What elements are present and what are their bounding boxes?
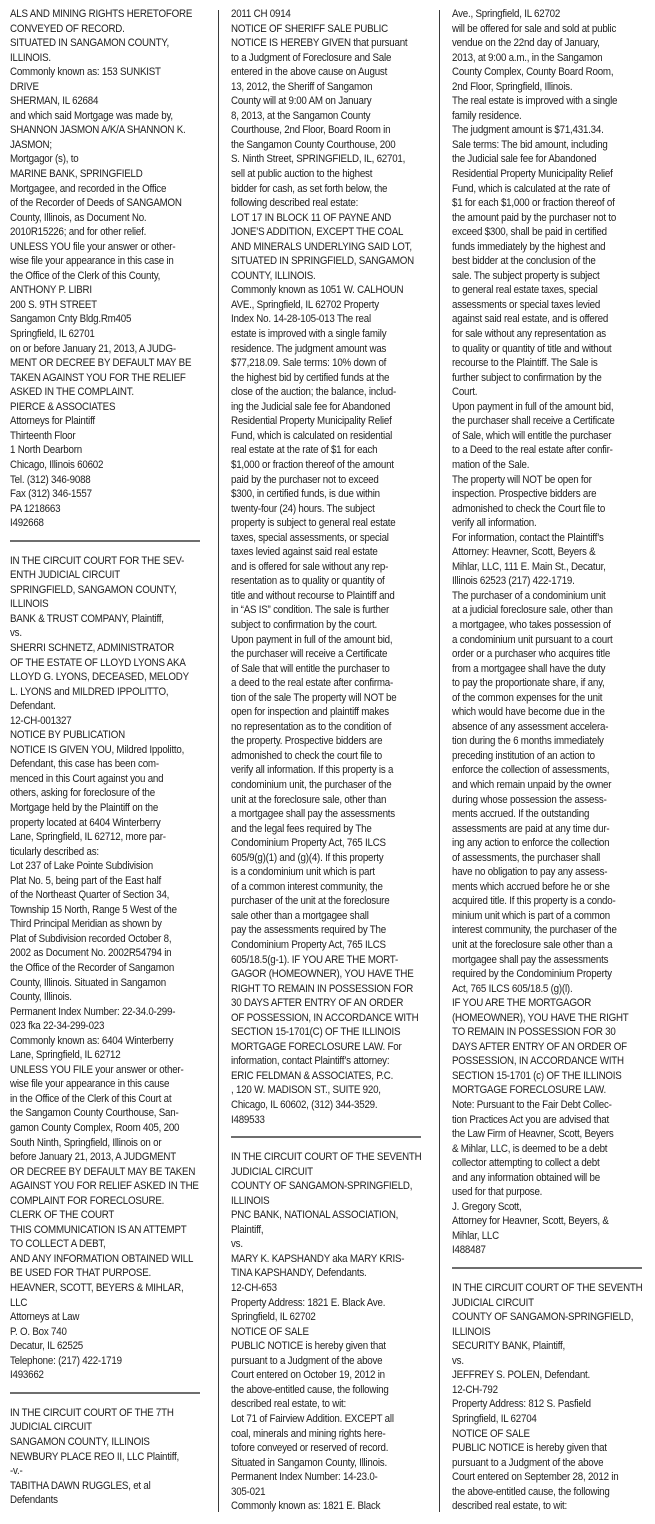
notice-line: 2013, at 9:00 a.m., in the Sangamon — [452, 51, 628, 66]
notice-line: COUNTY OF SANGAMON-SPRINGFIELD, — [231, 1179, 407, 1194]
notice-line: County Complex, County Board Room, — [452, 65, 628, 80]
notice-line: Mihlar, LLC, 111 E. Main St., Decatur, — [452, 560, 628, 575]
notice-line: 12-CH-653 — [231, 1281, 407, 1296]
notice-line: estate is improved with a single family — [231, 327, 407, 342]
notice-line: & Mihlar, LLC, is deemed to be a debt — [452, 1142, 628, 1157]
notice-line: , 120 W. MADISON ST., SUITE 920, — [231, 1083, 407, 1098]
legal-notice: IN THE CIRCUIT COURT OF THE SEVENTHJUDIC… — [231, 1150, 436, 1514]
notice-line: Attorneys for Plaintiff — [10, 414, 186, 429]
notice-line: ANTHONY P. LIBRI — [10, 283, 186, 298]
notice-line: DRIVE — [10, 80, 186, 95]
legal-notice: IN THE CIRCUIT COURT FOR THE SEV-ENTH JU… — [10, 554, 215, 1383]
notice-line: UNLESS YOU file your answer or other- — [10, 240, 186, 255]
notice-line: SHERRI SCHNETZ, ADMINISTRATOR — [10, 641, 186, 656]
notice-line: OR DECREE BY DEFAULT MAY BE TAKEN — [10, 1165, 186, 1180]
notice-line: is a condominium unit which is part — [231, 865, 407, 880]
notice-line: Ave., Springfield, IL 62702 — [452, 7, 628, 22]
notice-line: sale. The subject property is subject — [452, 269, 628, 284]
notice-line: LOT 17 IN BLOCK 11 OF PAYNE AND — [231, 211, 407, 226]
column-rule — [218, 10, 219, 1512]
notice-line: vs. — [231, 1237, 407, 1252]
notice-line: collector attempting to collect a debt — [452, 1156, 628, 1171]
notice-line: For information, contact the Plaintiff’s — [452, 531, 628, 546]
notice-line: COUNTY OF SANGAMON-SPRINGFIELD, — [452, 1310, 628, 1325]
notice-line: to general real estate taxes, special — [452, 283, 628, 298]
notice-line: South Ninth, Springfield, Illinois on or — [10, 1136, 186, 1151]
notice-line: TO COLLECT A DEBT, — [10, 1237, 186, 1252]
notice-line: the highest bid by certified funds at th… — [231, 371, 407, 386]
notice-line: ments accrued. If the outstanding — [452, 807, 628, 822]
notice-line: MARY K. KAPSHANDY aka MARY KRIS- — [231, 1252, 407, 1267]
notice-line: Condominium Property Act, 765 ILCS — [231, 836, 407, 851]
notice-line: to pay the proportionate share, if any, — [452, 676, 628, 691]
notice-line: CONVEYED OF RECORD. — [10, 22, 186, 37]
notice-line: of the Recorder of Deeds of SANGAMON — [10, 196, 186, 211]
notice-line: minium unit which is part of a common — [452, 909, 628, 924]
notice-line: Condominium Property Act, 765 ILCS — [231, 938, 407, 953]
notice-line: Index No. 14-28-105-013 The real — [231, 312, 407, 327]
notice-line: County, Illinois. — [10, 990, 186, 1005]
notice-line: resentation as to quality or quantity of — [231, 574, 407, 589]
notice-line: Court. — [452, 385, 628, 400]
notice-line: J. Gregory Scott, — [452, 1200, 628, 1215]
column-3: Ave., Springfield, IL 62702will be offer… — [452, 7, 655, 1514]
notice-line: the property. Prospective bidders are — [231, 734, 407, 749]
notice-line: Chicago, Illinois 60602 — [10, 458, 186, 473]
notice-line: which would have become due in the — [452, 705, 628, 720]
notice-line: Court entered on September 28, 2012 in — [452, 1470, 628, 1485]
notice-line: on or before January 21, 2013, A JUDG- — [10, 342, 186, 357]
notice-line: JONE’S ADDITION, EXCEPT THE COAL — [231, 225, 407, 240]
notice-line: Springfield, IL 62704 — [452, 1412, 628, 1427]
notice-line: Sangamon Cnty Bldg.Rm405 — [10, 312, 186, 327]
notice-line: wise file your appearance in this case i… — [10, 254, 186, 269]
notice-line: SANGAMON COUNTY, ILLINOIS — [10, 1435, 186, 1450]
notice-line: COMPLAINT FOR FORECLOSURE. — [10, 1194, 186, 1209]
notice-line: County will at 9:00 AM on January — [231, 94, 407, 109]
notice-line: information, contact Plaintiff’s attorne… — [231, 1054, 407, 1069]
notice-line: tion of the sale The property will NOT b… — [231, 691, 407, 706]
notice-line: funds immediately by the highest and — [452, 240, 628, 255]
notice-line: residence. The judgment amount was — [231, 342, 407, 357]
notice-line: paid by the purchaser not to exceed — [231, 473, 407, 488]
notice-line: interest community, the purchaser of the — [452, 923, 628, 938]
notice-line: Attorney: Heavner, Scott, Beyers & — [452, 545, 628, 560]
legal-notice: IN THE CIRCUIT COURT OF THE 7THJUDICIAL … — [10, 1406, 215, 1508]
notice-line: 605/9(g)(1) and (g)(4). If this property — [231, 851, 407, 866]
notice-line: unit at the foreclosure sale, other than — [231, 793, 407, 808]
notice-line: assessments or special taxes levied — [452, 298, 628, 313]
notice-line: vs. — [10, 626, 186, 641]
notice-line: in the Office of the Clerk of this Court… — [10, 1092, 186, 1107]
notice-divider — [10, 1392, 200, 1394]
notice-line: 2011 CH 0914 — [231, 7, 407, 22]
notice-line: pursuant to a Judgment of the above — [452, 1456, 628, 1471]
notice-line: I488487 — [452, 1243, 628, 1258]
notice-line: Situated in Sangamon County, Illinois. — [231, 1456, 407, 1471]
notice-line: NOTICE OF SALE — [231, 1325, 407, 1340]
notice-line: in “AS IS” condition. The sale is furthe… — [231, 603, 407, 618]
notice-line: 1 North Dearborn — [10, 443, 186, 458]
notice-line: to quality or quantity of title and with… — [452, 342, 628, 357]
notice-line: Commonly known as: 153 SUNKIST — [10, 65, 186, 80]
notice-line: of the common expenses for the unit — [452, 691, 628, 706]
notice-divider — [452, 1267, 642, 1269]
notice-line: AND MINERALS UNDERLYING SAID LOT, — [231, 240, 407, 255]
notice-line: admonished to check the Court file to — [452, 502, 628, 517]
notice-line: sale other than a mortgagee shall — [231, 909, 407, 924]
notice-line: Lane, Springfield, IL 62712, more par- — [10, 830, 186, 845]
notice-line: Commonly known as: 1821 E. Black — [231, 1499, 407, 1514]
notice-line: ENTH JUDICIAL CIRCUIT — [10, 568, 186, 583]
notice-line: will be offered for sale and sold at pub… — [452, 22, 628, 37]
notice-line: ALS AND MINING RIGHTS HERETOFORE — [10, 7, 186, 22]
notice-line: ing any action to enforce the collection — [452, 836, 628, 851]
notice-line: the purchaser will receive a Certificate — [231, 647, 407, 662]
notice-line: a condominium unit pursuant to a court — [452, 633, 628, 648]
notice-line: unit at the foreclosure sale other than … — [452, 938, 628, 953]
notice-line: LLOYD G. LYONS, DECEASED, MELODY — [10, 670, 186, 685]
notice-line: against said real estate, and is offered — [452, 312, 628, 327]
notice-line: OF THE ESTATE OF LLOYD LYONS AKA — [10, 656, 186, 671]
legal-notices-page: ALS AND MINING RIGHTS HERETOFORECONVEYED… — [0, 0, 655, 1524]
notice-line: gamon County Complex, Room 405, 200 — [10, 1121, 186, 1136]
notice-line: NOTICE OF SALE — [452, 1427, 628, 1442]
notice-line: open for inspection and plaintiff makes — [231, 705, 407, 720]
notice-line: $1 for each $1,000 or fraction thereof o… — [452, 196, 628, 211]
notice-line: SHANNON JASMON A/K/A SHANNON K. — [10, 123, 186, 138]
notice-line: L. LYONS and MILDRED IPPOLITTO, — [10, 685, 186, 700]
notice-line: The real estate is improved with a singl… — [452, 94, 628, 109]
notice-line: of a common interest community, the — [231, 880, 407, 895]
notice-line: I493662 — [10, 1368, 186, 1383]
notice-line: PIERCE & ASSOCIATES — [10, 400, 186, 415]
notice-line: Court entered on October 19, 2012 in — [231, 1368, 407, 1383]
notice-line: verify all information. — [452, 516, 628, 531]
notice-line: others, asking for foreclosure of the — [10, 786, 186, 801]
notice-line: before January 21, 2013, A JUDGMENT — [10, 1150, 186, 1165]
notice-line: for sale without any representation as — [452, 327, 628, 342]
notice-line: sell at public auction to the highest — [231, 167, 407, 182]
notice-line: NOTICE BY PUBLICATION — [10, 728, 186, 743]
notice-line: 305-021 — [231, 1485, 407, 1500]
notice-line: Commonly known as 1051 W. CALHOUN — [231, 283, 407, 298]
notice-line: 8, 2013, at the Sangamon County — [231, 109, 407, 124]
notice-line: from a mortgagee shall have the duty — [452, 662, 628, 677]
notice-line: property is subject to general real esta… — [231, 516, 407, 531]
notice-line: Mortgagee, and recorded in the Office — [10, 182, 186, 197]
notice-line: of Sale that will entitle the purchaser … — [231, 662, 407, 677]
notice-line: Upon payment in full of the amount bid, — [452, 400, 628, 415]
notice-line: Plat No. 5, being part of the East half — [10, 874, 186, 889]
notice-line: Springfield, IL 62702 — [231, 1310, 407, 1325]
notice-line: tion during the 6 months immediately — [452, 734, 628, 749]
notice-line: ILLINOIS — [452, 1325, 628, 1340]
notice-line: COUNTY, ILLINOIS. — [231, 269, 407, 284]
notice-line: vs. — [452, 1354, 628, 1369]
notice-divider — [10, 540, 200, 542]
notice-line: tion Practices Act you are advised that — [452, 1113, 628, 1128]
notice-line: a mortgagee, who takes possession of — [452, 618, 628, 633]
notice-line: AGAINST YOU FOR RELIEF ASKED IN THE — [10, 1179, 186, 1194]
notice-line: NOTICE IS HEREBY GIVEN that pursuant — [231, 36, 407, 51]
notice-line: at a judicial foreclosure sale, other th… — [452, 603, 628, 618]
notice-line: BANK & TRUST COMPANY, Plaintiff, — [10, 612, 186, 627]
notice-line: Mihlar, LLC — [452, 1229, 628, 1244]
notice-line: of the Northeast Quarter of Section 34, — [10, 888, 186, 903]
notice-line: wise file your appearance in this cause — [10, 1077, 186, 1092]
notice-line: coal, minerals and mining rights here- — [231, 1427, 407, 1442]
notice-line: The judgment amount is $71,431.34. — [452, 123, 628, 138]
notice-line: order or a purchaser who acquires title — [452, 647, 628, 662]
notice-line: the above-entitled cause, the following — [452, 1485, 628, 1500]
notice-line: Plaintiff, — [231, 1223, 407, 1238]
notice-line: I489533 — [231, 1113, 407, 1128]
notice-line: JUDICIAL CIRCUIT — [452, 1296, 628, 1311]
notice-line: a deed to the real estate after confirma… — [231, 676, 407, 691]
notice-line: HEAVNER, SCOTT, BEYERS & MIHLAR, — [10, 1281, 186, 1296]
notice-line: JUDICIAL CIRCUIT — [10, 1420, 186, 1435]
notice-line: PA 1218663 — [10, 502, 186, 517]
notice-line: inspection. Prospective bidders are — [452, 487, 628, 502]
notice-line: POSSESSION, IN ACCORDANCE WITH — [452, 1054, 628, 1069]
notice-line: UNLESS YOU FILE your answer or other- — [10, 1063, 186, 1078]
notice-line: IF YOU ARE THE MORTGAGOR — [452, 996, 628, 1011]
notice-line: I492668 — [10, 516, 186, 531]
notice-line: Note: Pursuant to the Fair Debt Collec- — [452, 1098, 628, 1113]
notice-line: IN THE CIRCUIT COURT OF THE 7TH — [10, 1406, 186, 1421]
notice-line: mation of the Sale. — [452, 458, 628, 473]
notice-line: 2010R15226; and for other relief. — [10, 225, 186, 240]
notice-line: used for that purpose. — [452, 1185, 628, 1200]
notice-line: 2nd Floor, Springfield, Illinois. — [452, 80, 628, 95]
notice-line: NOTICE IS GIVEN YOU, Mildred Ippolitto, — [10, 743, 186, 758]
notice-line: Permanent Index Number: 14-23.0- — [231, 1470, 407, 1485]
notice-line: Fund, which is calculated on residential — [231, 429, 407, 444]
notice-line: to a Deed to the real estate after confi… — [452, 443, 628, 458]
legal-notice: ALS AND MINING RIGHTS HERETOFORECONVEYED… — [10, 7, 215, 531]
notice-line: required by the Condominium Property — [452, 967, 628, 982]
notice-line: further subject to confirmation by the — [452, 371, 628, 386]
notice-line: Illinois 62523 (217) 422-1719. — [452, 574, 628, 589]
notice-line: acquired title. If this property is a co… — [452, 894, 628, 909]
column-1: ALS AND MINING RIGHTS HERETOFORECONVEYED… — [10, 7, 215, 1508]
notice-line: best bidder at the conclusion of the — [452, 254, 628, 269]
notice-line: Chicago, IL 60602, (312) 344-3529. — [231, 1098, 407, 1113]
notice-line: and any information obtained will be — [452, 1171, 628, 1186]
notice-line: $1,000 or fraction thereof of the amount — [231, 458, 407, 473]
notice-line: admonished to check the court file to — [231, 749, 407, 764]
notice-line: Attorneys at Law — [10, 1310, 186, 1325]
notice-line: Residential Property Municipality Relief — [231, 414, 407, 429]
notice-line: SECTION 15-1701(C) OF THE ILLINOIS — [231, 1025, 407, 1040]
notice-line: the Office of the Recorder of Sangamon — [10, 961, 186, 976]
notice-line: ticularly described as: — [10, 845, 186, 860]
notice-line: SITUATED IN SANGAMON COUNTY, — [10, 36, 186, 51]
notice-line: the Sangamon County Courthouse, 200 — [231, 138, 407, 153]
notice-line: no representation as to the condition of — [231, 720, 407, 735]
notice-line: enforce the collection of assessments, — [452, 763, 628, 778]
notice-line: following described real estate: — [231, 196, 407, 211]
legal-notice: Ave., Springfield, IL 62702will be offer… — [452, 7, 655, 1258]
notice-line: The purchaser of a condominium unit — [452, 589, 628, 604]
notice-line: LLC — [10, 1296, 186, 1311]
notice-line: MORTGAGE FORECLOSURE LAW. For — [231, 1040, 407, 1055]
notice-line: and is offered for sale without any rep- — [231, 560, 407, 575]
notice-line: TAKEN AGAINST YOU FOR THE RELIEF — [10, 371, 186, 386]
notice-line: pay the assessments required by The — [231, 923, 407, 938]
notice-line: ing the Judicial sale fee for Abandoned — [231, 400, 407, 415]
notice-line: SHERMAN, IL 62684 — [10, 94, 186, 109]
notice-line: Property Address: 1821 E. Black Ave. — [231, 1296, 407, 1311]
notice-line: Upon payment in full of the amount bid, — [231, 633, 407, 648]
notice-line: Act, 765 ILCS 605/18.5 (g)(l). — [452, 982, 628, 997]
notice-line: close of the auction; the balance, inclu… — [231, 385, 407, 400]
notice-line: IN THE CIRCUIT COURT OF THE SEVENTH — [231, 1150, 407, 1165]
notice-line: real estate at the rate of $1 for each — [231, 443, 407, 458]
notice-line: pursuant to a Judgment of the above — [231, 1354, 407, 1369]
notice-line: Township 15 North, Range 5 West of the — [10, 903, 186, 918]
notice-line: Decatur, IL 62525 — [10, 1339, 186, 1354]
notice-line: Defendant, this case has been com- — [10, 757, 186, 772]
notice-line: NEWBURY PLACE REO II, LLC Plaintiff, — [10, 1450, 186, 1465]
notice-line: RIGHT TO REMAIN IN POSSESSION FOR — [231, 982, 407, 997]
notice-line: Mortgagor (s), to — [10, 152, 186, 167]
notice-line: IN THE CIRCUIT COURT OF THE SEVENTH — [452, 1281, 628, 1296]
notice-line: Thirteenth Floor — [10, 429, 186, 444]
notice-line: Property Address: 812 S. Pasfield — [452, 1397, 628, 1412]
notice-line: the Office of the Clerk of this County, — [10, 269, 186, 284]
notice-line: 605/18.5(g-1). IF YOU ARE THE MORT- — [231, 953, 407, 968]
notice-line: taxes levied against said real estate — [231, 545, 407, 560]
notice-line: PUBLIC NOTICE is hereby given that — [231, 1339, 407, 1354]
notice-line: of Sale, which will entitle the purchase… — [452, 429, 628, 444]
notice-line: THIS COMMUNICATION IS AN ATTEMPT — [10, 1223, 186, 1238]
notice-line: Defendants — [10, 1493, 186, 1508]
notice-line: Defendant. — [10, 699, 186, 714]
notice-line: ILLINOIS — [10, 597, 186, 612]
notice-line: County, Illinois, as Document No. — [10, 211, 186, 226]
notice-line: MARINE BANK, SPRINGFIELD — [10, 167, 186, 182]
notice-line: IN THE CIRCUIT COURT FOR THE SEV- — [10, 554, 186, 569]
notice-line: NOTICE OF SHERIFF SALE PUBLIC — [231, 22, 407, 37]
notice-line: SECTION 15-1701 (c) OF THE ILLINOIS — [452, 1069, 628, 1084]
notice-line: 12-CH-792 — [452, 1383, 628, 1398]
notice-line: PNC BANK, NATIONAL ASSOCIATION, — [231, 1208, 407, 1223]
notice-line: Permanent Index Number: 22-34.0-299- — [10, 1005, 186, 1020]
notice-line: purchaser of the unit at the foreclosure — [231, 894, 407, 909]
notice-line: TO REMAIN IN POSSESSION FOR 30 — [452, 1025, 628, 1040]
notice-line: mortgagee shall pay the assessments — [452, 953, 628, 968]
notice-line: BE USED FOR THAT PURPOSE. — [10, 1266, 186, 1281]
notice-line: bidder for cash, as set forth below, the — [231, 182, 407, 197]
notice-line: GAGOR (HOMEOWNER), YOU HAVE THE — [231, 967, 407, 982]
notice-line: the Law Firm of Heavner, Scott, Beyers — [452, 1127, 628, 1142]
notice-line: 200 S. 9TH STREET — [10, 298, 186, 313]
notice-line: SPRINGFIELD, SANGAMON COUNTY, — [10, 583, 186, 598]
notice-line: the amount paid by the purchaser not to — [452, 211, 628, 226]
notice-line: (HOMEOWNER), YOU HAVE THE RIGHT — [452, 1011, 628, 1026]
notice-line: $77,218.09. Sale terms: 10% down of — [231, 356, 407, 371]
notice-line: S. Ninth Street, SPRINGFIELD, IL, 62701, — [231, 152, 407, 167]
column-rule — [439, 10, 440, 1512]
notice-line: AVE., Springfield, IL 62702 Property — [231, 298, 407, 313]
notice-line: of assessments, the purchaser shall — [452, 851, 628, 866]
notice-line: PUBLIC NOTICE is hereby given that — [452, 1441, 628, 1456]
notice-line: The property will NOT be open for — [452, 473, 628, 488]
notice-line: Fund, which is calculated at the rate of — [452, 182, 628, 197]
notice-line: menced in this Court against you and — [10, 772, 186, 787]
notice-line: verify all information. If this property… — [231, 763, 407, 778]
notice-line: exceed $300, shall be paid in certified — [452, 225, 628, 240]
notice-line: 13, 2012, the Sheriff of Sangamon — [231, 80, 407, 95]
notice-line: County, Illinois. Situated in Sangamon — [10, 976, 186, 991]
notice-line: JEFFREY S. POLEN, Defendant. — [452, 1368, 628, 1383]
notice-line: Lane, Springfield, IL 62712 — [10, 1048, 186, 1063]
notice-line: Commonly known as: 6404 Winterberry — [10, 1034, 186, 1049]
notice-line: ILLINOIS. — [10, 51, 186, 66]
notice-line: Lot 237 of Lake Pointe Subdivision — [10, 859, 186, 874]
notice-line: and the legal fees required by The — [231, 822, 407, 837]
notice-line: taxes, special assessments, or special — [231, 531, 407, 546]
notice-line: and which said Mortgage was made by, — [10, 109, 186, 124]
notice-line: Telephone: (217) 422-1719 — [10, 1354, 186, 1369]
notice-line: the purchaser shall receive a Certificat… — [452, 414, 628, 429]
notice-line: P. O. Box 740 — [10, 1325, 186, 1340]
notice-line: Third Principal Meridian as shown by — [10, 917, 186, 932]
notice-line: title and without recourse to Plaintiff … — [231, 589, 407, 604]
notice-line: $300, in certified funds, is due within — [231, 487, 407, 502]
notice-line: Tel. (312) 346-9088 — [10, 473, 186, 488]
notice-line: subject to confirmation by the court. — [231, 618, 407, 633]
notice-line: ments which accrued before he or she — [452, 880, 628, 895]
notice-divider — [231, 1136, 421, 1138]
notice-line: ASKED IN THE COMPLAINT. — [10, 385, 186, 400]
notice-line: Plat of Subdivision recorded October 8, — [10, 932, 186, 947]
notice-line: Mortgage held by the Plaintiff on the — [10, 801, 186, 816]
notice-line: -v.- — [10, 1464, 186, 1479]
notice-line: twenty-four (24) hours. The subject — [231, 502, 407, 517]
notice-line: described real estate, to wit: — [231, 1397, 407, 1412]
legal-notice: 2011 CH 0914NOTICE OF SHERIFF SALE PUBLI… — [231, 7, 436, 1127]
notice-line: condominium unit, the purchaser of the — [231, 778, 407, 793]
notice-line: 023 fka 22-34-299-023 — [10, 1019, 186, 1034]
notice-line: MORTGAGE FORECLOSURE LAW. — [452, 1083, 628, 1098]
column-2: 2011 CH 0914NOTICE OF SHERIFF SALE PUBLI… — [231, 7, 436, 1514]
notice-line: Fax (312) 346-1557 — [10, 487, 186, 502]
notice-line: Attorney for Heavner, Scott, Beyers, & — [452, 1214, 628, 1229]
notice-line: entered in the above cause on August — [231, 65, 407, 80]
notice-line: TINA KAPSHANDY, Defendants. — [231, 1266, 407, 1281]
notice-line: preceding institution of an action to — [452, 749, 628, 764]
notice-line: CLERK OF THE COURT — [10, 1208, 186, 1223]
notice-line: ILLINOIS — [231, 1194, 407, 1209]
notice-line: Residential Property Municipality Relief — [452, 167, 628, 182]
notice-line: and which remain unpaid by the owner — [452, 778, 628, 793]
notice-line: MENT OR DECREE BY DEFAULT MAY BE — [10, 356, 186, 371]
notice-line: Lot 71 of Fairview Addition. EXCEPT all — [231, 1412, 407, 1427]
notice-line: family residence. — [452, 109, 628, 124]
notice-line: the Judicial sale fee for Abandoned — [452, 152, 628, 167]
notice-line: 30 DAYS AFTER ENTRY OF AN ORDER — [231, 996, 407, 1011]
notice-line: described real estate, to wit: — [452, 1499, 628, 1514]
notice-line: JASMON; — [10, 138, 186, 153]
notice-line: a mortgagee shall pay the assessments — [231, 807, 407, 822]
notice-line: 12-CH-001327 — [10, 714, 186, 729]
notice-line: DAYS AFTER ENTRY OF AN ORDER OF — [452, 1040, 628, 1055]
notice-line: vendue on the 22nd day of January, — [452, 36, 628, 51]
notice-line: OF POSSESSION, IN ACCORDANCE WITH — [231, 1011, 407, 1026]
